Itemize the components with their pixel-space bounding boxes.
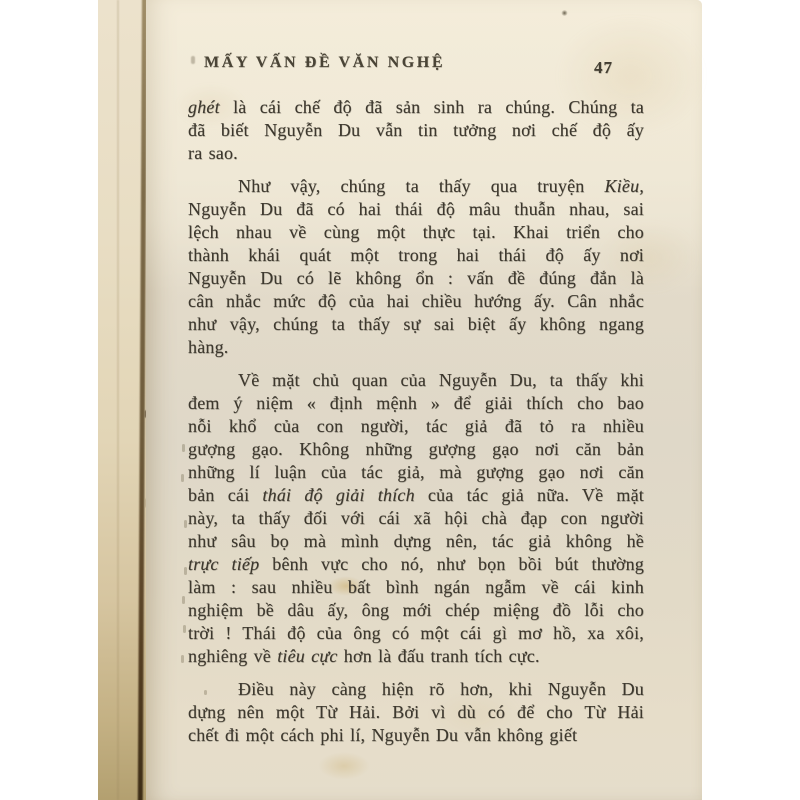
text-segment: nghiêng về: [188, 646, 277, 666]
text-segment: Nguyễn Du có lẽ không ổn : vấn đề đúng đ…: [188, 268, 644, 288]
text-line: bản cái thái độ giải thích của tác giả n…: [188, 484, 644, 507]
italic-text-segment: trực tiếp: [188, 554, 259, 574]
paragraph: Như vậy, chúng ta thấy qua truyện Kiều,N…: [188, 175, 644, 359]
text-segment: làm : sau nhiều bất bình ngán ngẫm về cá…: [188, 577, 644, 597]
text-segment: ra sao.: [188, 143, 238, 163]
text-segment: Nguyễn Du đã có hai thái độ mâu thuẫn nh…: [188, 199, 644, 219]
text-line: chết đi một cách phi lí, Nguyễn Du vẫn k…: [188, 724, 644, 747]
italic-text-segment: thái độ giải thích: [262, 485, 414, 505]
paragraph: Điều này càng hiện rõ hơn, khi Nguyễn Du…: [188, 678, 644, 747]
text-segment: như sâu bọ mà mình dựng nên, tác giả khô…: [188, 531, 644, 551]
paragraph: Về mặt chủ quan của Nguyễn Du, ta thấy k…: [188, 369, 644, 668]
text-segment: thành khái quát một trong hai thái độ ấy…: [188, 245, 644, 265]
text-segment: này, ta thấy đối với cái xã hội chà đạp …: [188, 508, 644, 528]
text-line: nghiệm bề dâu ấy, ông mới chép miệng đồ …: [188, 599, 644, 622]
text-line: ghét là cái chế độ đã sản sinh ra chúng.…: [188, 96, 644, 119]
text-line: làm : sau nhiều bất bình ngán ngẫm về cá…: [188, 576, 644, 599]
text-line: như vậy, chúng ta thấy sự sai biệt ấy kh…: [188, 313, 644, 336]
running-header-title: MẤY VẤN ĐỀ VĂN NGHỆ: [204, 54, 445, 72]
text-line: như sâu bọ mà mình dựng nên, tác giả khô…: [188, 530, 644, 553]
text-line: trực tiếp bênh vực cho nó, như bọn bồi b…: [188, 553, 644, 576]
text-line: trời ! Thái độ của ông có một cái gì mơ …: [188, 622, 644, 645]
text-segment: lệch nhau về cùng một thực tại. Khai tri…: [188, 222, 644, 242]
text-segment: Điều này càng hiện rõ hơn, khi Nguyễn Du: [238, 679, 644, 699]
text-segment: hơn là đấu tranh tích cực.: [338, 646, 540, 666]
text-line: những lí luận của tác giả, mà gượng gạo …: [188, 461, 644, 484]
text-segment: bênh vực cho nó, như bọn bồi bút thường: [259, 554, 644, 574]
page-edge-crease-line: [117, 0, 119, 800]
page-number: 47: [594, 58, 613, 78]
text-line: đem ý niệm « định mệnh » để giải thích c…: [188, 392, 644, 415]
text-line: gượng gạo. Không những gượng gạo nơi căn…: [188, 438, 644, 461]
text-segment: Như vậy, chúng ta thấy qua truyện: [238, 176, 605, 196]
text-line: hàng.: [188, 336, 644, 359]
text-segment: chết đi một cách phi lí, Nguyễn Du vẫn k…: [188, 725, 577, 745]
text-line: Như vậy, chúng ta thấy qua truyện Kiều,: [188, 175, 644, 198]
text-segment: những lí luận của tác giả, mà gượng gạo …: [188, 462, 644, 482]
text-line: này, ta thấy đối với cái xã hội chà đạp …: [188, 507, 644, 530]
text-line: Về mặt chủ quan của Nguyễn Du, ta thấy k…: [188, 369, 644, 392]
text-segment: đem ý niệm « định mệnh » để giải thích c…: [188, 393, 644, 413]
text-line: Điều này càng hiện rõ hơn, khi Nguyễn Du: [188, 678, 644, 701]
text-line: Nguyễn Du có lẽ không ổn : vấn đề đúng đ…: [188, 267, 644, 290]
text-segment: hàng.: [188, 337, 229, 357]
italic-text-segment: ghét: [188, 97, 220, 117]
italic-text-segment: Kiều,: [605, 176, 645, 196]
text-segment: trời ! Thái độ của ông có một cái gì mơ …: [188, 623, 644, 643]
text-line: nghiêng về tiêu cực hơn là đấu tranh tíc…: [188, 645, 644, 668]
text-segment: Về mặt chủ quan của Nguyễn Du, ta thấy k…: [238, 370, 644, 390]
text-segment: bản cái: [188, 485, 262, 505]
book-photo: MẤY VẤN ĐỀ VĂN NGHỆ 47 ghét là cái chế đ…: [0, 0, 800, 800]
text-line: cân nhắc mức độ của hai chiều hướng ấy. …: [188, 290, 644, 313]
text-line: đã biết Nguyễn Du vẫn tin tưởng nơi chế …: [188, 119, 644, 142]
text-segment: gượng gạo. Không những gượng gạo nơi căn…: [188, 439, 644, 459]
text-line: Nguyễn Du đã có hai thái độ mâu thuẫn nh…: [188, 198, 644, 221]
text-segment: nghiệm bề dâu ấy, ông mới chép miệng đồ …: [188, 600, 644, 620]
italic-text-segment: tiêu cực: [277, 646, 337, 666]
text-line: ra sao.: [188, 142, 644, 165]
text-segment: dựng nên một Từ Hải. Bởi vì dù có để cho…: [188, 702, 644, 722]
text-line: nỗi khổ của con người, tác giả đã tỏ ra …: [188, 415, 644, 438]
text-line: dựng nên một Từ Hải. Bởi vì dù có để cho…: [188, 701, 644, 724]
text-segment: cân nhắc mức độ của hai chiều hướng ấy. …: [188, 291, 644, 311]
paragraph: ghét là cái chế độ đã sản sinh ra chúng.…: [188, 96, 644, 165]
text-block: ghét là cái chế độ đã sản sinh ra chúng.…: [188, 96, 644, 747]
text-segment: của tác giả nữa. Về mặt: [415, 485, 644, 505]
text-segment: là cái chế độ đã sản sinh ra chúng. Chún…: [220, 97, 644, 117]
text-line: lệch nhau về cùng một thực tại. Khai tri…: [188, 221, 644, 244]
text-segment: đã biết Nguyễn Du vẫn tin tưởng nơi chế …: [188, 120, 644, 140]
text-line: thành khái quát một trong hai thái độ ấy…: [188, 244, 644, 267]
text-segment: nỗi khổ của con người, tác giả đã tỏ ra …: [188, 416, 644, 436]
text-segment: như vậy, chúng ta thấy sự sai biệt ấy kh…: [188, 314, 644, 334]
